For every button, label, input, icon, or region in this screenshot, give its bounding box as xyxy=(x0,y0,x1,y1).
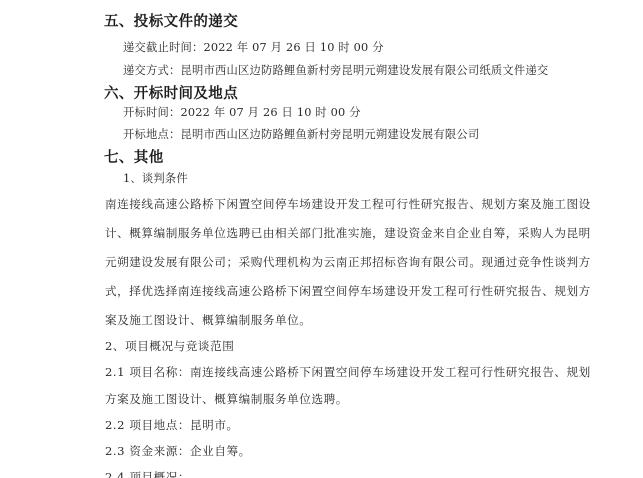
item-1-paragraph-line: 南连接线高速公路桥下闲置空间停车场建设开发工程可行性研究报告、规划方案及施工图设 xyxy=(105,196,591,212)
item-2-title: 2、项目概况与竞谈范围 xyxy=(105,338,234,354)
item-2-1-line: 方案及施工图设计、概算编制服务单位选聘。 xyxy=(105,391,348,407)
item-2-3: 2.3 资金来源：企业自筹。 xyxy=(105,443,251,459)
submission-deadline: 递交截止时间：2022 年 07 月 26 日 10 时 00 分 xyxy=(123,39,384,55)
section-7-heading: 七、其他 xyxy=(104,146,164,167)
item-1-paragraph-line: 计、概算编制服务单位选聘已由相关部门批准实施，建设资金来自企业自筹，采购人为昆明 xyxy=(105,225,591,241)
submission-method: 递交方式：昆明市西山区边防路鲤鱼新村旁昆明元朔建设发展有限公司纸质文件递交 xyxy=(123,62,548,78)
item-2-2: 2.2 项目地点：昆明市。 xyxy=(105,417,239,433)
item-2-1-line: 2.1 项目名称：南连接线高速公路桥下闲置空间停车场建设开发工程可行性研究报告、… xyxy=(105,364,591,380)
opening-time: 开标时间：2022 年 07 月 26 日 10 时 00 分 xyxy=(123,104,361,120)
item-2-4: 2.4 项目概况： xyxy=(105,469,190,478)
section-5-heading: 五、投标文件的递交 xyxy=(104,10,238,31)
item-1-paragraph-line: 案及施工图设计、概算编制服务单位。 xyxy=(105,312,311,328)
item-1-paragraph-line: 式，择优选择南连接线高速公路桥下闲置空间停车场建设开发工程可行性研究报告、规划方 xyxy=(105,283,591,299)
section-6-heading: 六、开标时间及地点 xyxy=(104,82,238,103)
item-1-paragraph-line: 元朔建设发展有限公司；采购代理机构为云南正邦招标咨询有限公司。现通过竞争性谈判方 xyxy=(105,254,591,270)
document-page: 五、投标文件的递交 递交截止时间：2022 年 07 月 26 日 10 时 0… xyxy=(0,0,643,478)
opening-place: 开标地点：昆明市西山区边防路鲤鱼新村旁昆明元朔建设发展有限公司 xyxy=(123,126,479,142)
item-1-title: 1、谈判条件 xyxy=(123,170,188,186)
